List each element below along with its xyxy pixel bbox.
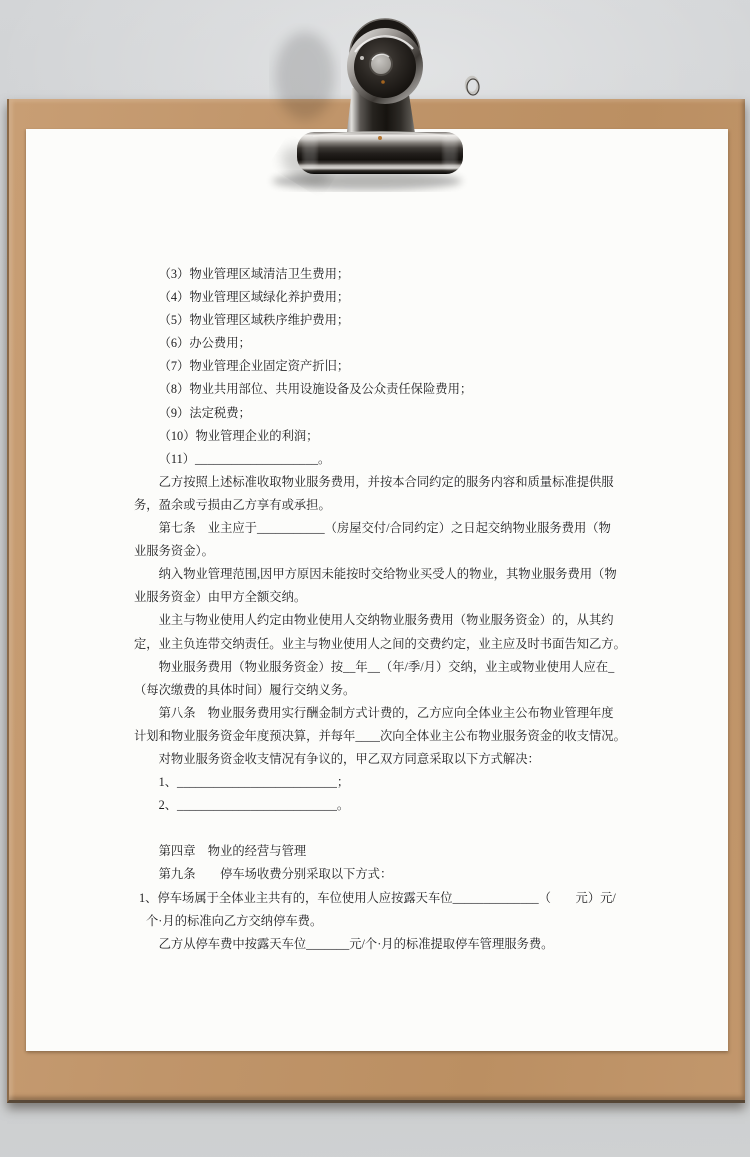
contract-paper: （3）物业管理区域清洁卫生费用； （4）物业管理区域绿化养护费用； （5）物业管… — [26, 129, 728, 1051]
doc-line: 业服务资金）由甲方全额交纳。 — [134, 586, 626, 609]
doc-line: 业服务资金）。 — [134, 540, 626, 563]
photo-scene: （3）物业管理区域清洁卫生费用； （4）物业管理区域绿化养护费用； （5）物业管… — [0, 0, 750, 1157]
chapter-4-heading: 第四章 物业的经营与管理 — [134, 840, 626, 863]
doc-line: 乙方按照上述标准收取物业服务费用，并按本合同约定的服务内容和质量标准提供服 — [134, 471, 626, 494]
clause-fee-item: （10）物业管理企业的利润； — [134, 425, 626, 448]
clause-fee-item-blank: （11）____________________。 — [134, 448, 626, 471]
clause-fee-item: （8）物业共用部位、共用设施设备及公众责任保险费用； — [134, 378, 626, 401]
doc-line: 物业服务费用（物业服务资金）按__年__（年/季/月）交纳，业主或物业使用人应在… — [134, 656, 626, 679]
article-9-heading: 第九条 停车场收费分别采取以下方式： — [134, 863, 626, 886]
binder-clip-icon — [263, 16, 491, 196]
clip-wall-shadow — [275, 32, 335, 120]
doc-line: 定，业主负连带交纳责任。业主与物业使用人之间的交费约定，业主应及时书面告知乙方。 — [134, 633, 626, 656]
clause-fee-item: （6）办公费用； — [134, 332, 626, 355]
article-7-heading: 第七条 业主应于___________（房屋交付/合同约定）之日起交纳物业服务费… — [134, 517, 626, 540]
doc-line: 对物业服务资金收支情况有争议的，甲乙双方同意采取以下方式解决： — [134, 748, 626, 771]
doc-line: 务，盈余或亏损由乙方享有或承担。 — [134, 494, 626, 517]
blank-line — [134, 817, 626, 840]
contract-text: （3）物业管理区域清洁卫生费用； （4）物业管理区域绿化养护费用； （5）物业管… — [134, 263, 626, 956]
doc-line: （每次缴费的具体时间）履行交纳义务。 — [134, 679, 626, 702]
doc-line: 业主与物业使用人约定由物业使用人交纳物业服务费用（物业服务资金）的，从其约 — [134, 609, 626, 632]
clause-fee-item: （7）物业管理企业固定资产折旧； — [134, 355, 626, 378]
dispute-option-2: 2、__________________________。 — [134, 794, 626, 817]
doc-line: 纳入物业管理范围,因甲方原因未能按时交给物业买受人的物业，其物业服务费用（物 — [134, 563, 626, 586]
clause-fee-item: （9）法定税费； — [134, 402, 626, 425]
dispute-option-1: 1、__________________________； — [134, 771, 626, 794]
doc-line: 个·月的标准向乙方交纳停车费。 — [134, 910, 626, 933]
clause-fee-item: （5）物业管理区域秩序维护费用； — [134, 309, 626, 332]
clause-fee-item: （3）物业管理区域清洁卫生费用； — [134, 263, 626, 286]
article-8-heading: 第八条 物业服务费用实行酬金制方式计费的，乙方应向全体业主公布物业管理年度 — [134, 702, 626, 725]
clause-fee-item: （4）物业管理区域绿化养护费用； — [134, 286, 626, 309]
parking-item-1: 1、停车场属于全体业主共有的，车位使用人应按露天车位______________… — [134, 887, 626, 910]
doc-line: 乙方从停车费中按露天车位_______元/个·月的标准提取停车管理服务费。 — [134, 933, 626, 956]
doc-line: 计划和物业服务资金年度预决算，并每年____次向全体业主公布物业服务资金的收支情… — [134, 725, 626, 748]
